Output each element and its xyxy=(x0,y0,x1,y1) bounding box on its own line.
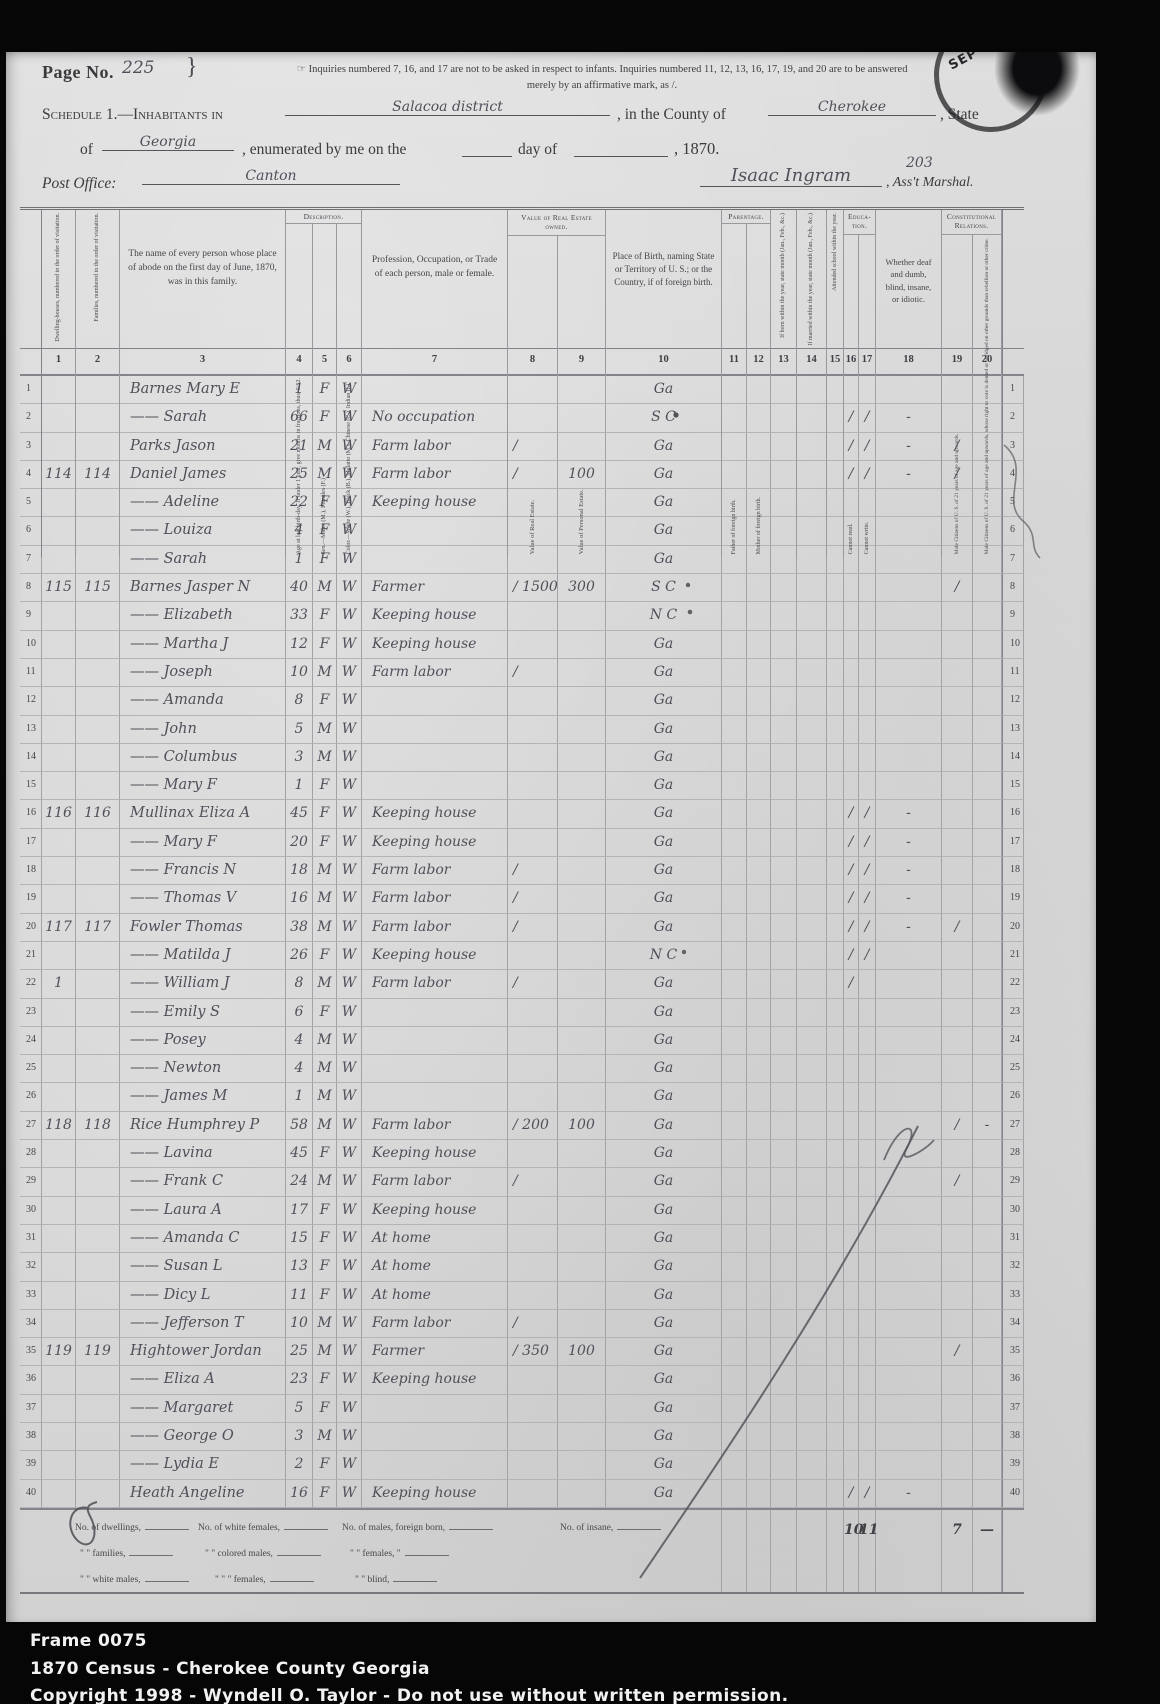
header-family: Families, numbered in the order of visit… xyxy=(76,210,120,557)
vote-denied-mark: - xyxy=(973,1112,1002,1140)
line-number-right: 37 xyxy=(1002,1395,1024,1423)
deaf-dumb-note: - xyxy=(876,829,942,857)
cannot-read-mark: / xyxy=(844,970,859,998)
color-value: W xyxy=(337,970,362,998)
occupation xyxy=(362,1083,508,1111)
vote-denied-mark xyxy=(973,1310,1002,1338)
married-month xyxy=(797,1395,827,1423)
legend-colored-females: " " " females, xyxy=(215,1575,266,1585)
dwelling-number xyxy=(42,1253,76,1281)
male-citizen-mark xyxy=(942,1395,973,1423)
cannot-read-mark xyxy=(844,631,859,659)
deaf-dumb-note xyxy=(876,1395,942,1423)
cannot-write-mark: / xyxy=(859,800,876,828)
person-name: —— Amanda C xyxy=(120,1225,286,1253)
birthplace: Ga xyxy=(606,970,722,998)
age-value: 10 xyxy=(286,659,313,687)
real-estate-value xyxy=(508,1366,558,1394)
real-estate-value xyxy=(508,631,558,659)
cannot-write-mark xyxy=(859,574,876,602)
age-value: 33 xyxy=(286,602,313,630)
vote-denied-mark xyxy=(973,687,1002,715)
real-estate-value: / xyxy=(508,970,558,998)
line-number-left: 38 xyxy=(20,1423,42,1451)
male-citizen-mark xyxy=(942,1055,973,1083)
school-mark xyxy=(827,631,844,659)
personal-estate-value xyxy=(558,1310,606,1338)
line-number-right: 18 xyxy=(1002,857,1024,885)
birthplace: Ga xyxy=(606,1027,722,1055)
color-value: W xyxy=(337,631,362,659)
birth-month xyxy=(771,1423,797,1451)
color-value: W xyxy=(337,999,362,1027)
family-number xyxy=(76,1225,120,1253)
color-value: W xyxy=(337,744,362,772)
census-row: 39—— Lydia E2FWGa39 xyxy=(20,1451,1024,1479)
cannot-write-mark xyxy=(859,602,876,630)
father-foreign-mark xyxy=(722,1338,747,1366)
age-value: 20 xyxy=(286,829,313,857)
cannot-read-mark: / xyxy=(844,857,859,885)
enumerated-label: , enumerated by me on the xyxy=(242,141,406,159)
school-mark xyxy=(827,829,844,857)
family-number xyxy=(76,885,120,913)
deaf-dumb-note xyxy=(876,574,942,602)
cannot-write-mark xyxy=(859,1395,876,1423)
census-row: 36—— Eliza A23FWKeeping houseGa36 xyxy=(20,1366,1024,1394)
married-month xyxy=(797,1310,827,1338)
male-citizen-mark xyxy=(942,772,973,800)
sex-value: F xyxy=(313,1197,337,1225)
vote-denied-mark xyxy=(973,885,1002,913)
vote-denied-mark xyxy=(973,1282,1002,1310)
color-value: W xyxy=(337,857,362,885)
line-number-right: 10 xyxy=(1002,631,1024,659)
birthplace: Ga xyxy=(606,1168,722,1196)
cannot-read-mark xyxy=(844,1197,859,1225)
mother-foreign-mark xyxy=(747,885,771,913)
line-number-left: 16 xyxy=(20,800,42,828)
birthplace: Ga xyxy=(606,631,722,659)
sex-value: M xyxy=(313,885,337,913)
father-foreign-mark xyxy=(722,1282,747,1310)
real-estate-value xyxy=(508,800,558,828)
vote-denied-mark xyxy=(973,602,1002,630)
line-number-left: 9 xyxy=(20,602,42,630)
census-row: 21—— Matilda J26FWKeeping houseN C//21 xyxy=(20,942,1024,970)
occupation: Keeping house xyxy=(362,942,508,970)
personal-estate-value xyxy=(558,942,606,970)
male-citizen-mark xyxy=(942,885,973,913)
age-value: 16 xyxy=(286,1480,313,1508)
line-number-left: 17 xyxy=(20,829,42,857)
mother-foreign-mark xyxy=(747,659,771,687)
birth-month xyxy=(771,914,797,942)
age-value: 38 xyxy=(286,914,313,942)
line-number-right: 15 xyxy=(1002,772,1024,800)
married-month xyxy=(797,1083,827,1111)
occupation xyxy=(362,1451,508,1479)
person-name: —— Amanda xyxy=(120,687,286,715)
birthplace: Ga xyxy=(606,1055,722,1083)
married-month xyxy=(797,1197,827,1225)
age-value: 3 xyxy=(286,1423,313,1451)
age-value: 26 xyxy=(286,942,313,970)
school-mark xyxy=(827,1338,844,1366)
deaf-dumb-note: - xyxy=(876,1480,942,1508)
header-occupation: Profession, Occupation, or Trade of each… xyxy=(362,210,508,557)
cannot-read-mark xyxy=(844,1083,859,1111)
dwelling-number xyxy=(42,602,76,630)
father-foreign-mark xyxy=(722,857,747,885)
family-number: 115 xyxy=(76,574,120,602)
personal-estate-value xyxy=(558,772,606,800)
real-estate-value: / xyxy=(508,885,558,913)
birthplace: Ga xyxy=(606,999,722,1027)
cannot-read-mark xyxy=(844,1225,859,1253)
line-number-left: 24 xyxy=(20,1027,42,1055)
cannot-write-mark xyxy=(859,744,876,772)
real-estate-value xyxy=(508,687,558,715)
copyright-caption: Copyright 1998 - Wyndell O. Taylor - Do … xyxy=(30,1686,788,1704)
father-foreign-mark xyxy=(722,1451,747,1479)
mother-foreign-mark xyxy=(747,1480,771,1508)
color-value: W xyxy=(337,1338,362,1366)
day-of-label: day of xyxy=(518,141,557,159)
birth-month xyxy=(771,744,797,772)
occupation: Keeping house xyxy=(362,800,508,828)
pointing-hand-icon: ☞ xyxy=(297,63,306,75)
person-name: Heath Angeline xyxy=(120,1480,286,1508)
cannot-write-mark xyxy=(859,716,876,744)
line-number-left: 39 xyxy=(20,1451,42,1479)
dwelling-number xyxy=(42,631,76,659)
male-citizen-mark xyxy=(942,602,973,630)
father-foreign-mark xyxy=(722,970,747,998)
person-name: —— Lydia E xyxy=(120,1451,286,1479)
deaf-dumb-note xyxy=(876,1423,942,1451)
deaf-dumb-note xyxy=(876,1055,942,1083)
vote-denied-mark xyxy=(973,1423,1002,1451)
line-number-left: 11 xyxy=(20,659,42,687)
deaf-dumb-note xyxy=(876,1140,942,1168)
mother-foreign-mark xyxy=(747,1140,771,1168)
school-mark xyxy=(827,1055,844,1083)
vote-denied-mark xyxy=(973,1083,1002,1111)
birth-month xyxy=(771,1027,797,1055)
male-citizen-mark xyxy=(942,800,973,828)
vote-denied-mark xyxy=(973,1027,1002,1055)
line-number-left: 31 xyxy=(20,1225,42,1253)
dwelling-number xyxy=(42,857,76,885)
deaf-dumb-note xyxy=(876,631,942,659)
school-mark xyxy=(827,744,844,772)
district-entry: Salacoa district xyxy=(285,99,610,116)
line-number-right: 12 xyxy=(1002,687,1024,715)
sex-value: F xyxy=(313,1140,337,1168)
father-foreign-mark xyxy=(722,1423,747,1451)
cannot-read-mark xyxy=(844,659,859,687)
note-line2: merely by an affirmative mark, as /. xyxy=(527,80,677,91)
birth-month xyxy=(771,687,797,715)
cannot-read-mark xyxy=(844,1423,859,1451)
personal-estate-value xyxy=(558,716,606,744)
mother-foreign-mark xyxy=(747,970,771,998)
line-number-left: 12 xyxy=(20,687,42,715)
school-mark xyxy=(827,1310,844,1338)
line-number-right: 29 xyxy=(1002,1168,1024,1196)
birthplace: Ga xyxy=(606,1140,722,1168)
family-number: 117 xyxy=(76,914,120,942)
birth-month xyxy=(771,999,797,1027)
age-value: 10 xyxy=(286,1310,313,1338)
school-mark xyxy=(827,1451,844,1479)
school-mark xyxy=(827,1480,844,1508)
color-value: W xyxy=(337,885,362,913)
vote-denied-mark xyxy=(973,1253,1002,1281)
birthplace: Ga xyxy=(606,1225,722,1253)
school-mark xyxy=(827,914,844,942)
married-month xyxy=(797,631,827,659)
person-name: —— Francis N xyxy=(120,857,286,885)
real-estate-value xyxy=(508,1055,558,1083)
cannot-write-mark xyxy=(859,1366,876,1394)
dwelling-number xyxy=(42,1480,76,1508)
person-name: —— Emily S xyxy=(120,999,286,1027)
mother-foreign-mark xyxy=(747,1423,771,1451)
age-value: 4 xyxy=(286,1027,313,1055)
real-estate-value xyxy=(508,602,558,630)
dwelling-number xyxy=(42,1395,76,1423)
census-row: 17—— Mary F20FWKeeping houseGa//-17 xyxy=(20,829,1024,857)
deaf-dumb-note xyxy=(876,1451,942,1479)
personal-estate-value xyxy=(558,1197,606,1225)
father-foreign-mark xyxy=(722,1112,747,1140)
county-label: , in the County of xyxy=(617,106,726,124)
family-number xyxy=(76,1168,120,1196)
deaf-dumb-note xyxy=(876,1310,942,1338)
dwelling-number xyxy=(42,772,76,800)
father-foreign-mark xyxy=(722,574,747,602)
father-foreign-mark xyxy=(722,772,747,800)
real-estate-value xyxy=(508,1225,558,1253)
male-citizen-mark xyxy=(942,1083,973,1111)
age-value: 58 xyxy=(286,1112,313,1140)
birth-month xyxy=(771,716,797,744)
census-row: 30—— Laura A17FWKeeping houseGa30 xyxy=(20,1197,1024,1225)
vote-denied-mark xyxy=(973,1395,1002,1423)
line-number-right: 14 xyxy=(1002,744,1024,772)
deaf-dumb-note: - xyxy=(876,885,942,913)
line-number-left: 20 xyxy=(20,914,42,942)
color-value: W xyxy=(337,1055,362,1083)
occupation xyxy=(362,1027,508,1055)
census-row: 32—— Susan L13FWAt homeGa32 xyxy=(20,1253,1024,1281)
sex-value: F xyxy=(313,1282,337,1310)
mother-foreign-mark xyxy=(747,942,771,970)
color-value: W xyxy=(337,602,362,630)
married-month xyxy=(797,659,827,687)
line-number-left: 8 xyxy=(20,574,42,602)
deaf-dumb-note xyxy=(876,1168,942,1196)
age-value: 25 xyxy=(286,1338,313,1366)
header-dwelling: Dwelling-houses, numbered in the order o… xyxy=(42,210,76,557)
sex-value: F xyxy=(313,1253,337,1281)
legend-males-foreign: No. of males, foreign born, xyxy=(342,1523,445,1533)
personal-estate-value xyxy=(558,1083,606,1111)
line-number-left: 22 xyxy=(20,970,42,998)
deaf-dumb-note xyxy=(876,772,942,800)
line-number-right: 26 xyxy=(1002,1083,1024,1111)
married-month xyxy=(797,716,827,744)
occupation: Farm labor xyxy=(362,885,508,913)
age-value: 18 xyxy=(286,857,313,885)
male-citizen-mark xyxy=(942,1225,973,1253)
person-name: —— Martha J xyxy=(120,631,286,659)
legend-females-foreign: " " females, " xyxy=(350,1549,401,1559)
sex-value: F xyxy=(313,800,337,828)
married-month xyxy=(797,829,827,857)
real-estate-value xyxy=(508,1253,558,1281)
person-name: —— Frank C xyxy=(120,1168,286,1196)
school-mark xyxy=(827,1140,844,1168)
dwelling-number: 1 xyxy=(42,970,76,998)
birthplace: Ga xyxy=(606,1083,722,1111)
occupation xyxy=(362,1055,508,1083)
person-name: —— Mary F xyxy=(120,772,286,800)
cannot-read-mark: / xyxy=(844,885,859,913)
line-number-left: 23 xyxy=(20,999,42,1027)
school-mark xyxy=(827,1366,844,1394)
school-mark xyxy=(827,1395,844,1423)
deaf-dumb-note xyxy=(876,1027,942,1055)
color-value: W xyxy=(337,772,362,800)
birthplace: Ga xyxy=(606,1282,722,1310)
male-citizen-mark xyxy=(942,999,973,1027)
male-citizen-mark xyxy=(942,1366,973,1394)
dwelling-number xyxy=(42,1055,76,1083)
dwelling-number xyxy=(42,687,76,715)
occupation: Farm labor xyxy=(362,659,508,687)
personal-estate-value xyxy=(558,970,606,998)
married-month xyxy=(797,999,827,1027)
census-row: 11—— Joseph10MWFarm labor/Ga11 xyxy=(20,659,1024,687)
married-month xyxy=(797,1338,827,1366)
census-row: 15—— Mary F1FWGa15 xyxy=(20,772,1024,800)
age-value: 3 xyxy=(286,744,313,772)
header-deaf-dumb: Whether deaf and dumb, blind, insane, or… xyxy=(876,210,942,557)
scanned-census-page: SEP Page No. 225 } ☞ Inquiries numbered … xyxy=(0,0,1160,1704)
sex-value: M xyxy=(313,1027,337,1055)
line-number-left: 19 xyxy=(20,885,42,913)
dwelling-number: 117 xyxy=(42,914,76,942)
school-mark xyxy=(827,942,844,970)
color-value: W xyxy=(337,1310,362,1338)
header-attended-school: Attended school within the year. xyxy=(827,210,844,557)
line-number-right: 28 xyxy=(1002,1140,1024,1168)
family-number: 118 xyxy=(76,1112,120,1140)
father-foreign-mark xyxy=(722,800,747,828)
person-name: —— Eliza A xyxy=(120,1366,286,1394)
sex-value: M xyxy=(313,744,337,772)
person-name: —— Columbus xyxy=(120,744,286,772)
birthplace: N C xyxy=(606,602,722,630)
cannot-read-mark xyxy=(844,999,859,1027)
vote-denied-mark xyxy=(973,659,1002,687)
cannot-write-mark xyxy=(859,1083,876,1111)
cannot-write-mark xyxy=(859,1055,876,1083)
line-number-left: 14 xyxy=(20,744,42,772)
family-number: 119 xyxy=(76,1338,120,1366)
census-row: 10—— Martha J12FWKeeping houseGa10 xyxy=(20,631,1024,659)
family-number xyxy=(76,744,120,772)
married-month xyxy=(797,1423,827,1451)
film-border-right xyxy=(1096,0,1160,1704)
married-month xyxy=(797,574,827,602)
birthplace: Ga xyxy=(606,687,722,715)
header-right-gutter xyxy=(1002,210,1024,557)
line-number-right: 31 xyxy=(1002,1225,1024,1253)
line-number-right: 8 xyxy=(1002,574,1024,602)
cannot-write-mark xyxy=(859,772,876,800)
census-row: 16116116Mullinax Eliza A45FWKeeping hous… xyxy=(20,800,1024,828)
mother-foreign-mark xyxy=(747,1112,771,1140)
birthplace: Ga xyxy=(606,1451,722,1479)
footer-col15 xyxy=(827,1510,844,1592)
real-estate-value xyxy=(508,829,558,857)
male-citizen-mark xyxy=(942,942,973,970)
line-number-right: 36 xyxy=(1002,1366,1024,1394)
mother-foreign-mark xyxy=(747,687,771,715)
real-estate-value: / 200 xyxy=(508,1112,558,1140)
dwelling-number xyxy=(42,716,76,744)
personal-estate-value xyxy=(558,1027,606,1055)
personal-estate-value xyxy=(558,1366,606,1394)
dwelling-number xyxy=(42,1282,76,1310)
personal-estate-value: 100 xyxy=(558,1338,606,1366)
census-row: 24—— Posey4MWGa24 xyxy=(20,1027,1024,1055)
cannot-read-mark xyxy=(844,574,859,602)
school-mark xyxy=(827,1083,844,1111)
male-citizen-mark xyxy=(942,1310,973,1338)
occupation xyxy=(362,772,508,800)
color-value: W xyxy=(337,574,362,602)
real-estate-value: / xyxy=(508,914,558,942)
birthplace: Ga xyxy=(606,800,722,828)
father-foreign-mark xyxy=(722,942,747,970)
married-month xyxy=(797,1168,827,1196)
personal-estate-value xyxy=(558,687,606,715)
deaf-dumb-note xyxy=(876,970,942,998)
person-name: —— Newton xyxy=(120,1055,286,1083)
school-mark xyxy=(827,659,844,687)
age-value: 11 xyxy=(286,1282,313,1310)
male-citizen-mark xyxy=(942,687,973,715)
father-foreign-mark xyxy=(722,1055,747,1083)
color-value: W xyxy=(337,1395,362,1423)
male-citizen-mark: / xyxy=(942,1168,973,1196)
month-blank xyxy=(574,140,668,157)
birthplace: Ga xyxy=(606,914,722,942)
occupation xyxy=(362,716,508,744)
cannot-write-mark xyxy=(859,631,876,659)
cannot-read-mark xyxy=(844,1253,859,1281)
dwelling-number xyxy=(42,1423,76,1451)
birthplace: Ga xyxy=(606,1423,722,1451)
deaf-dumb-note xyxy=(876,1282,942,1310)
real-estate-value: / xyxy=(508,1168,558,1196)
occupation xyxy=(362,687,508,715)
